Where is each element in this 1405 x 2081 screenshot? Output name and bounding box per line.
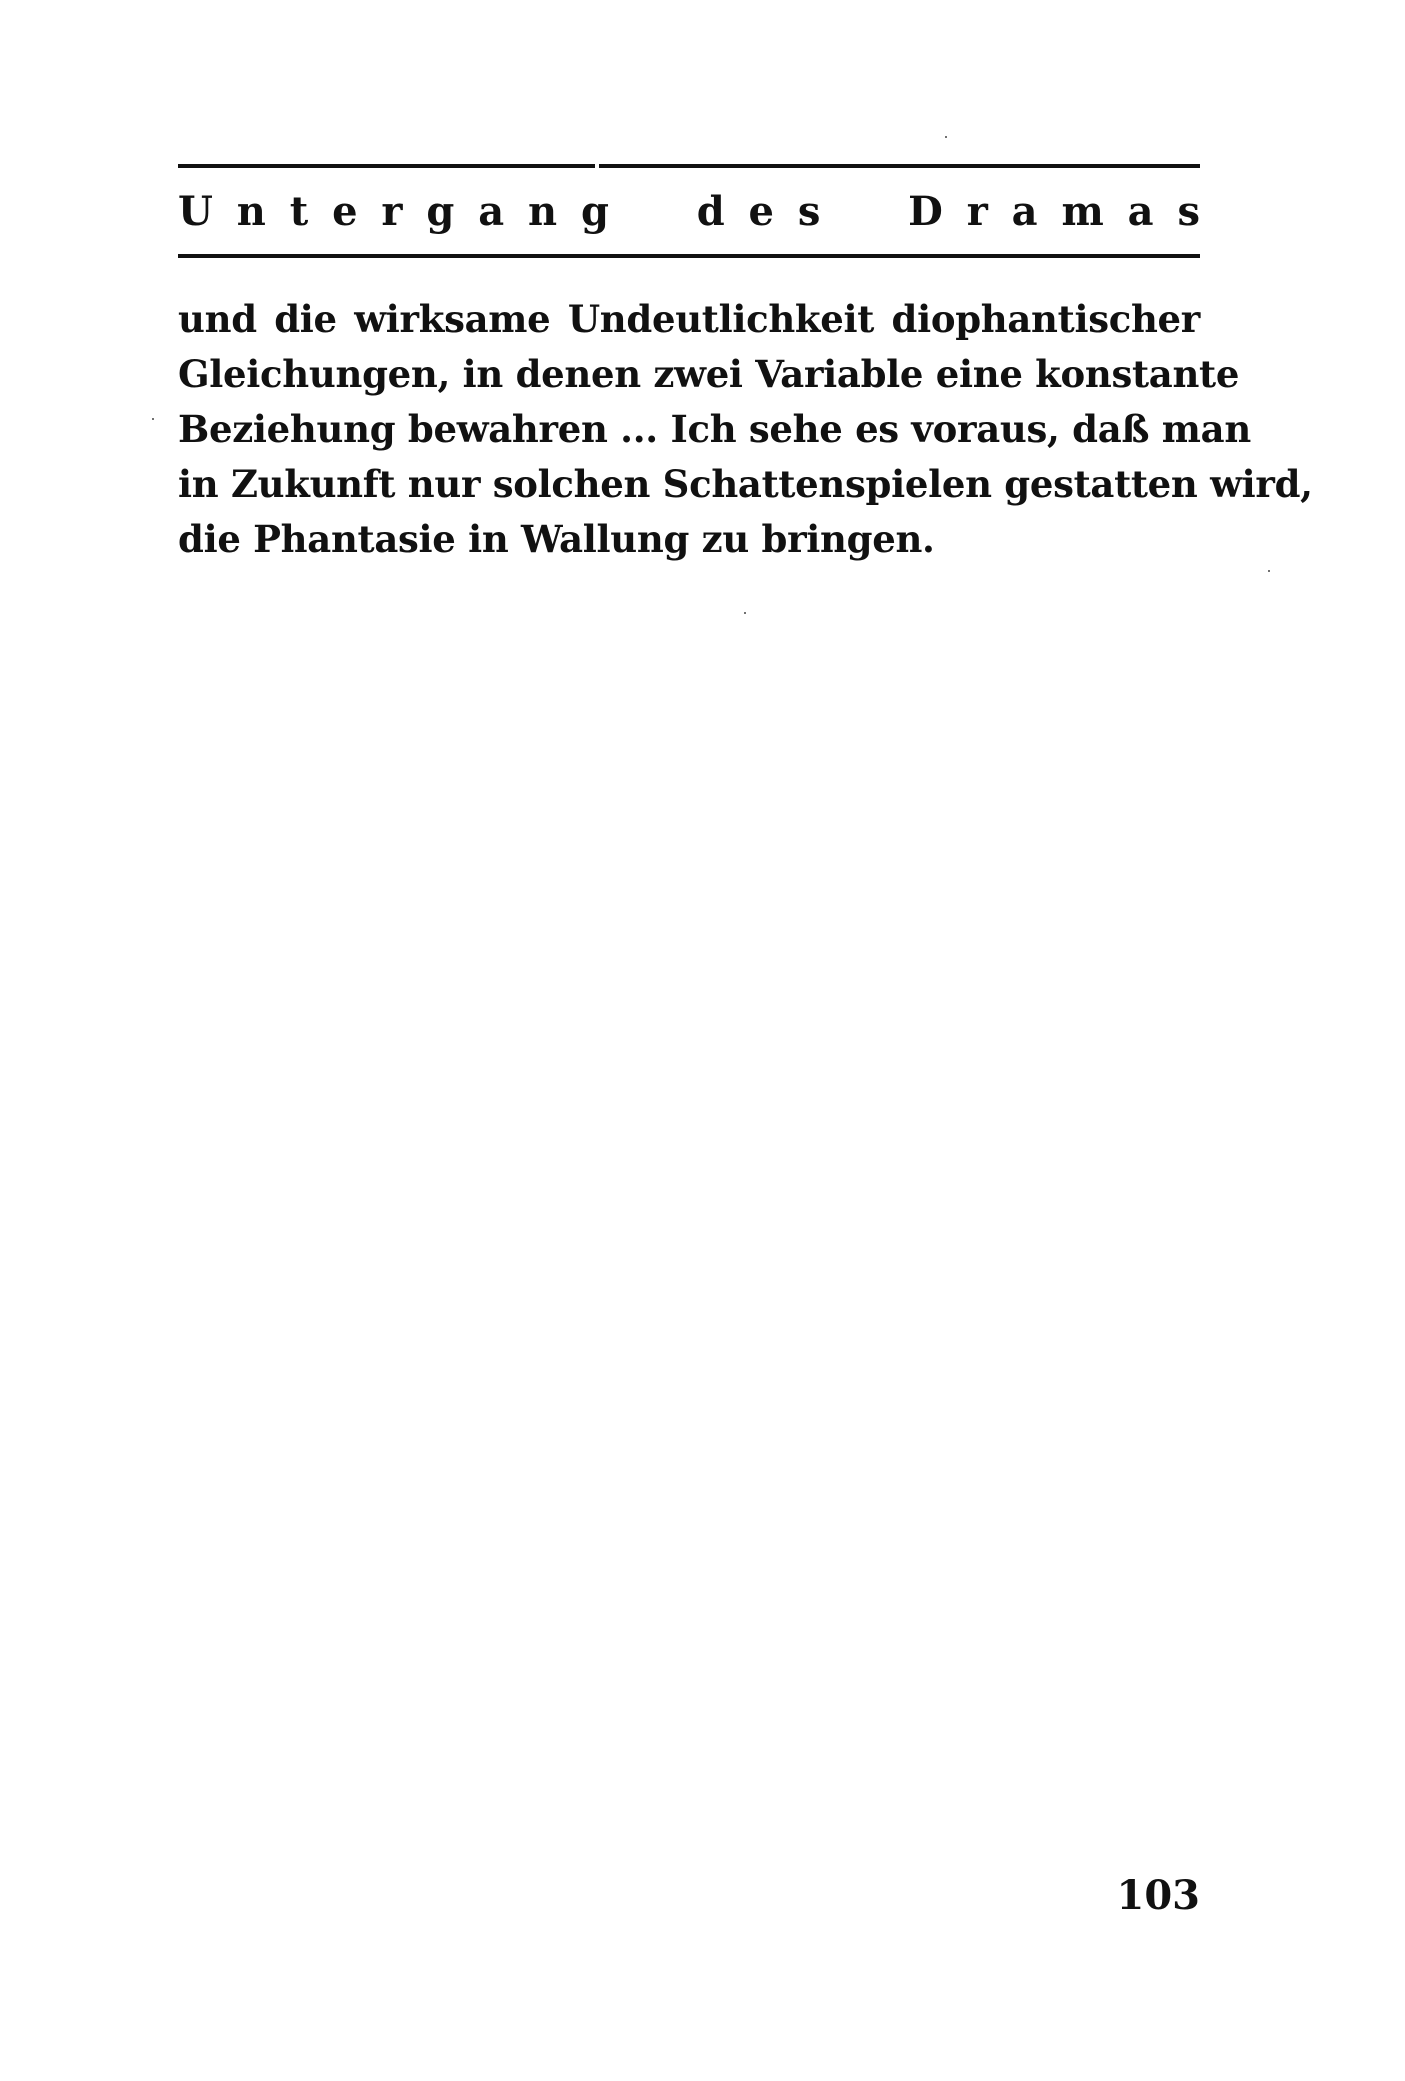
body-paragraph: und die wirksame Undeutlichkeit diophant… [178,292,1200,567]
running-head-letter: g [581,182,609,242]
running-head-letter: t [290,182,308,242]
scan-speck [1268,570,1270,572]
running-head-letter: a [478,182,504,242]
text-line: Beziehung bewahren ... Ich sehe es vorau… [178,402,1200,457]
text-line: Gleichungen, in denen zwei Variable eine… [178,347,1200,402]
book-page: U n t e r g a n g d e s D r a m a s und … [0,0,1405,2081]
scan-speck [744,612,746,614]
running-head-letter: g [426,182,454,242]
running-head-letter: a [1012,182,1038,242]
running-head: U n t e r g a n g d e s D r a m a s [178,182,1200,242]
running-head-letter: s [798,182,821,242]
scan-speck [152,418,154,420]
text-line: in Zukunft nur solchen Schattenspielen g… [178,457,1200,512]
page-number: 103 [1100,1872,1200,1920]
running-head-letter: n [237,182,266,242]
running-head-letter: s [1177,182,1200,242]
running-head-letter: U [178,182,213,242]
running-head-letter: e [749,182,774,242]
header-rule-top [178,164,1200,168]
header-rule-bottom [178,254,1200,258]
scan-speck [945,136,947,138]
text-line: und die wirksame Undeutlichkeit diophant… [178,292,1200,347]
running-head-letter: n [528,182,557,242]
running-head-letter: e [332,182,357,242]
running-head-letter: d [697,182,725,242]
text-line: die Phantasie in Wallung zu bringen. [178,512,1200,567]
running-head-letter: r [967,182,988,242]
running-head-letter: a [1128,182,1154,242]
running-head-letter: m [1061,182,1103,242]
running-head-letter: D [908,182,943,242]
running-head-letter: r [381,182,402,242]
